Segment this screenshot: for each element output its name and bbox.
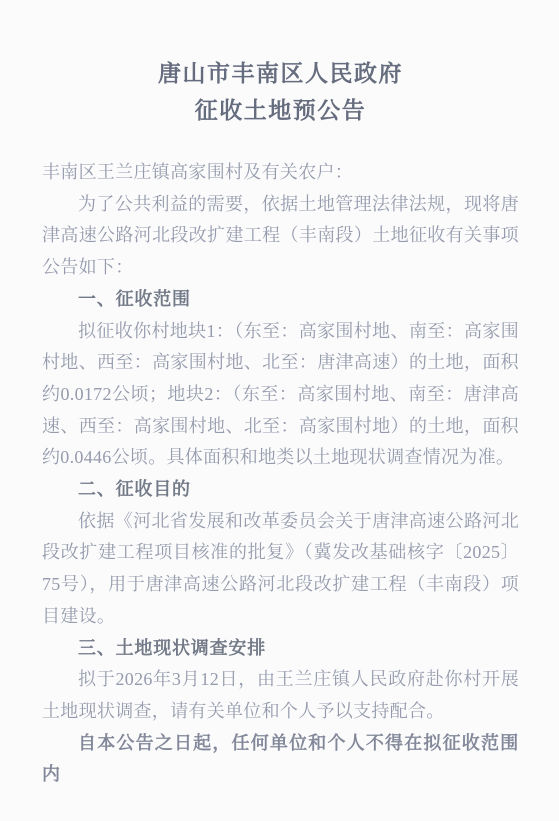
section-body-survey: 拟于2026年3月12日，由王兰庄镇人民政府赴你村开展土地现状调查，请有关单位和… (42, 664, 519, 727)
document-title: 唐山市丰南区人民政府 征收土地预公告 (42, 55, 519, 129)
announcement-document: 唐山市丰南区人民政府 征收土地预公告 丰南区王兰庄镇高家围村及有关农户： 为了公… (0, 0, 559, 791)
closing-bold-line: 自本公告之日起，任何单位和个人不得在拟征收范围内 (42, 728, 519, 791)
section-body-purpose: 依据《河北省发展和改革委员会关于唐津高速公路河北段改扩建工程项目核准的批复》（冀… (42, 506, 519, 633)
section-heading-purpose: 二、征收目的 (42, 474, 519, 506)
section-heading-scope: 一、征收范围 (42, 284, 519, 316)
document-title-line2: 征收土地预公告 (42, 92, 519, 129)
section-heading-survey: 三、土地现状调查安排 (42, 633, 519, 665)
section-body-scope: 拟征收你村地块1：（东至：高家围村地、南至：高家围村地、西至：高家围村地、北至：… (42, 316, 519, 475)
scanned-document-page: 唐山市丰南区人民政府 征收土地预公告 丰南区王兰庄镇高家围村及有关农户： 为了公… (0, 0, 559, 821)
document-title-line1: 唐山市丰南区人民政府 (42, 55, 519, 92)
document-body: 丰南区王兰庄镇高家围村及有关农户： 为了公共利益的需要，依据土地管理法律法规，现… (42, 157, 519, 791)
intro-paragraph: 为了公共利益的需要，依据土地管理法律法规，现将唐津高速公路河北段改扩建工程（丰南… (42, 189, 519, 284)
salutation-line: 丰南区王兰庄镇高家围村及有关农户： (42, 157, 519, 189)
